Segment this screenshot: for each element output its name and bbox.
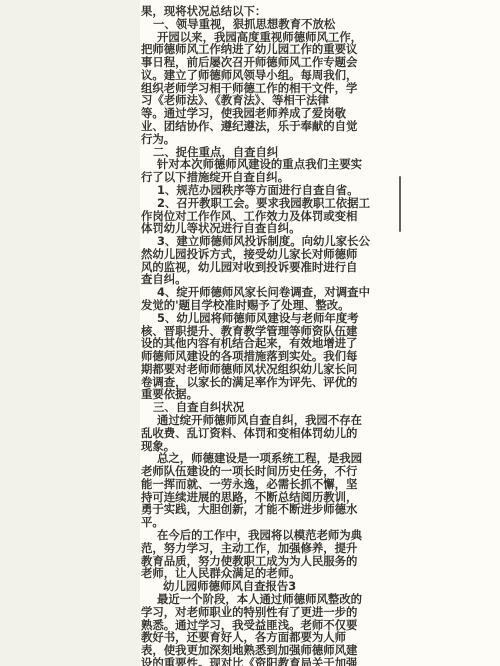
text-line: 业、团结协作、遵纪遵法，乐于奉献的自觉 [141, 120, 369, 133]
text-line: 老师队伍建设的一项长时间历史任务，不行 [141, 465, 369, 478]
text-line: 最近一个阶段，本人通过师德师风整改的 [141, 593, 369, 606]
text-line: 在今后的工作中，我园将以模范老师为典 [141, 529, 369, 542]
text-line: 勇于实践，大胆创新，才能不断进步师德水 [141, 503, 369, 516]
text-line: 然幼儿园投诉方式，接受幼儿家长对师德师 [141, 248, 369, 261]
text-line: 学习，对老师职业的特别性有了更进一步的 [141, 606, 369, 619]
text-line: 1、规范办园秩序等方面进行自查自省。 [141, 184, 369, 197]
text-line: 议。建立了师德师风领导小组。每周我们， [141, 69, 369, 82]
text-line: 行为。 [141, 133, 369, 146]
text-line: 师德师风建设的各项措施落到实处。我们每 [141, 350, 369, 363]
text-line: 设的重要性。现对比《资阳教育局关于加强 [141, 657, 369, 666]
text-line: 果，现将状况总结以下： [141, 5, 369, 18]
text-line: 乱收费、乱订资料、体罚和变相体罚幼儿的 [141, 427, 369, 440]
text-line: 范，努力学习，主动工作，加强修养，提升 [141, 542, 369, 555]
text-line: 表，使我更加深刻地熟悉到加强师德师风建 [141, 644, 369, 657]
scrollbar-thumb[interactable] [399, 176, 401, 232]
text-line: 通过绽开师德师风自查自纠，我园不存在 [141, 414, 369, 427]
text-line: 2、召开教职工会。要求我园教职工依据工 [141, 197, 369, 210]
text-line: 能一挥而就、一劳永逸，必需长抓不懈，坚 [141, 478, 369, 491]
text-column: 果，现将状况总结以下：一、领导重视，狠抓思想教育不放松开园以来，我园高度重视师德… [141, 5, 369, 666]
text-line: 发觉的'题目学校准时赐予了处理、整改。 [141, 299, 369, 312]
text-line: 3、建立师德师风投诉制度。向幼儿家长公 [141, 235, 369, 248]
text-line: 一、领导重视，狠抓思想教育不放松 [141, 18, 369, 31]
text-line: 期都要对老师师德师风状况组织幼儿家长问 [141, 363, 369, 376]
page-left-margin [0, 0, 140, 666]
text-line: 5、幼儿园将师德师风建设与老师年度考 [141, 312, 369, 325]
text-line: 事日程，前后屡次召开师德师风工作专题会 [141, 56, 369, 69]
